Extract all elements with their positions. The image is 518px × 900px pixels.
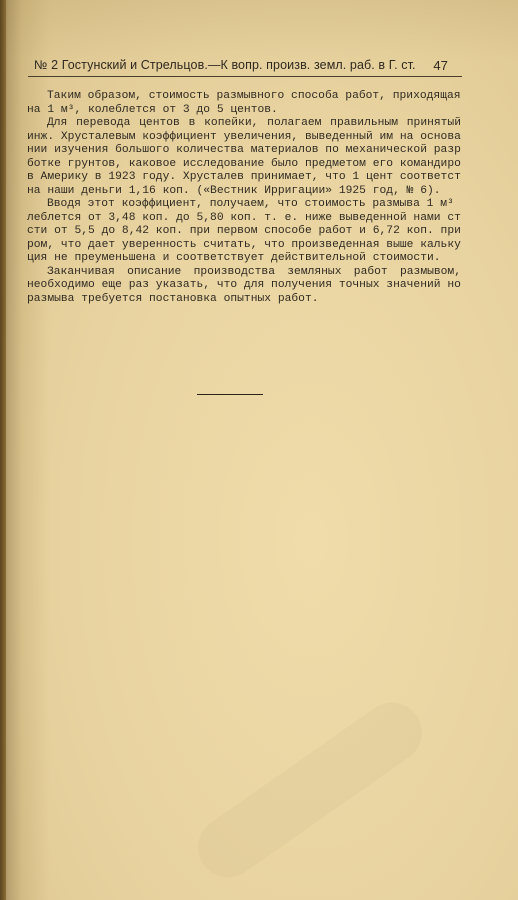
text-line: на 1 м³, колеблется от 3 до 5 центов.: [27, 104, 461, 118]
paragraph-3: Вводя этот коэффициент, получаем, что ст…: [27, 198, 461, 266]
running-title: № 2 Гостунский и Стрельцов.—К вопр. прои…: [34, 58, 416, 72]
text-line: сти от 5,5 до 8,42 коп. при первом спосо…: [27, 225, 461, 239]
section-end-rule: [197, 394, 263, 395]
paper-stain: [186, 691, 433, 889]
header-rule: [28, 76, 462, 77]
text-line: Заканчивая описание производства земляны…: [27, 266, 461, 280]
text-line: ботке грунтов, каковое исследование было…: [27, 158, 461, 172]
text-line: необходимо еще раз указать, что для полу…: [27, 279, 461, 293]
text-line: Для перевода центов в копейки, полагаем …: [27, 117, 461, 131]
paragraph-1: Таким образом, стоимость размывного спос…: [27, 90, 461, 117]
paragraph-2: Для перевода центов в копейки, полагаем …: [27, 117, 461, 198]
text-line: инж. Хрусталевым коэффициент увеличения,…: [27, 131, 461, 145]
text-line: леблется от 3,48 коп. до 5,80 коп. т. е.…: [27, 212, 461, 226]
text-line: нии изучения большого количества материа…: [27, 144, 461, 158]
text-line: Вводя этот коэффициент, получаем, что ст…: [27, 198, 461, 212]
page-number: 47: [433, 58, 448, 73]
book-spine-shadow: [0, 0, 6, 900]
text-line: Таким образом, стоимость размывного спос…: [27, 90, 461, 104]
scanned-page: № 2 Гостунский и Стрельцов.—К вопр. прои…: [0, 0, 518, 900]
text-line: ром, что дает уверенность считать, что п…: [27, 239, 461, 253]
running-header: № 2 Гостунский и Стрельцов.—К вопр. прои…: [34, 58, 462, 72]
text-line: на наши деньги 1,16 коп. («Вестник Ирриг…: [27, 185, 461, 199]
text-line: в Америку в 1923 году. Хрусталев принима…: [27, 171, 461, 185]
text-line: размыва требуется постановка опытных раб…: [27, 293, 461, 307]
text-line: ция не преуменьшена и соответствует дейс…: [27, 252, 461, 266]
body-text: Таким образом, стоимость размывного спос…: [27, 90, 461, 306]
paragraph-4: Заканчивая описание производства земляны…: [27, 266, 461, 307]
